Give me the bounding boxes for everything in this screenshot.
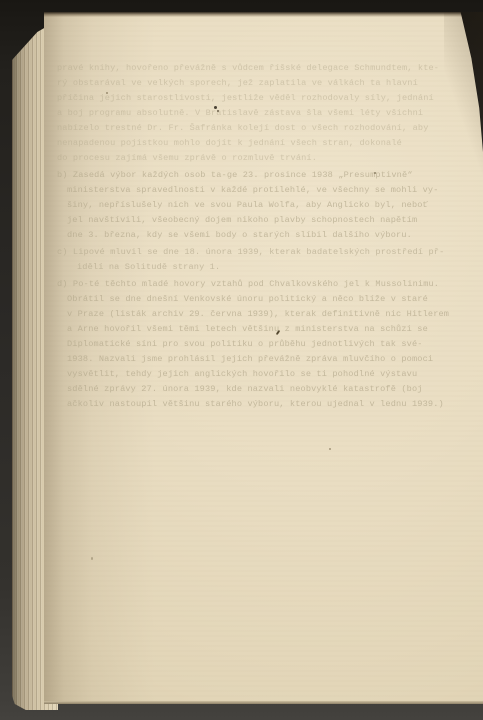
text-line: dne 3. března, kdy se všemi body o starý… (57, 228, 469, 243)
text-line: Diplomatické síni pro svou politiku o pr… (57, 337, 469, 352)
page-bottom-edge (44, 701, 483, 704)
text-line: a Arne hovořil všemi těmi letech většinu… (57, 322, 469, 337)
text-line: ačkoliv nastoupil většinu starého výboru… (57, 397, 469, 412)
text-line: vysvětlit, tehdy jejich anglických hovoř… (57, 367, 469, 382)
text-line: jel navštívili, všeobecný dojem nikoho p… (57, 213, 469, 228)
paper-speck (374, 172, 376, 174)
page-top-edge (44, 12, 483, 17)
text-line: c) Lipové mluvil se dne 18. února 1939, … (57, 245, 469, 260)
text-line: sdělné zprávy 27. února 1939, kde nazval… (57, 382, 469, 397)
book-scan-photo: pravé knihy, hovořeno převážně s vůdcem … (0, 0, 483, 720)
text-line: šiny, nepříslušely nich ve svou Paula Wo… (57, 198, 469, 213)
text-line: do procesu zajímá všemu zprávě o rozmluv… (57, 151, 469, 166)
text-line: ministerstva spravedlnosti v každé proti… (57, 183, 469, 198)
paragraph: d) Po-té těchto mladé hovory vztahů pod … (57, 277, 469, 412)
text-line: d) Po-té těchto mladé hovory vztahů pod … (57, 277, 469, 292)
text-line: b) Zasedá výbor každých osob ta-ge 23. p… (57, 168, 469, 183)
text-line: nabízelo trestné Dr. Fr. Šafránka kolejí… (57, 121, 469, 136)
ink-speck (217, 110, 219, 112)
text-line: pravé knihy, hovořeno převážně s vůdcem … (57, 61, 469, 76)
paragraph: pravé knihy, hovořeno převážně s vůdcem … (57, 61, 469, 166)
paragraph: b) Zasedá výbor každých osob ta-ge 23. p… (57, 168, 469, 243)
text-line: rý obstarával ve velkých sporech, jež za… (57, 76, 469, 91)
book-page: pravé knihy, hovořeno převážně s vůdcem … (44, 12, 483, 702)
paragraph: c) Lipové mluvil se dne 18. února 1939, … (57, 245, 469, 275)
text-line: idělí na Solitudě strany 1. (57, 260, 469, 275)
paper-speck (329, 448, 331, 450)
text-line: Obrátil se dne dnešní Venkovské únoru po… (57, 292, 469, 307)
text-block: pravé knihy, hovořeno převážně s vůdcem … (57, 61, 469, 412)
paper-speck (91, 557, 93, 560)
paper-speck (106, 92, 108, 94)
text-line: 1938. Nazvali jsme prohlásil jejich přev… (57, 352, 469, 367)
ink-speck (214, 106, 217, 109)
text-line: nenapadenou pojistkou mohlo dojít k jedn… (57, 136, 469, 151)
text-line: příčina jejich starostlivosti, jestliže … (57, 91, 469, 106)
text-line: a boj programu absolutně. V Bratislavě z… (57, 106, 469, 121)
text-line: v Praze (listák archiv 29. června 1939),… (57, 307, 469, 322)
